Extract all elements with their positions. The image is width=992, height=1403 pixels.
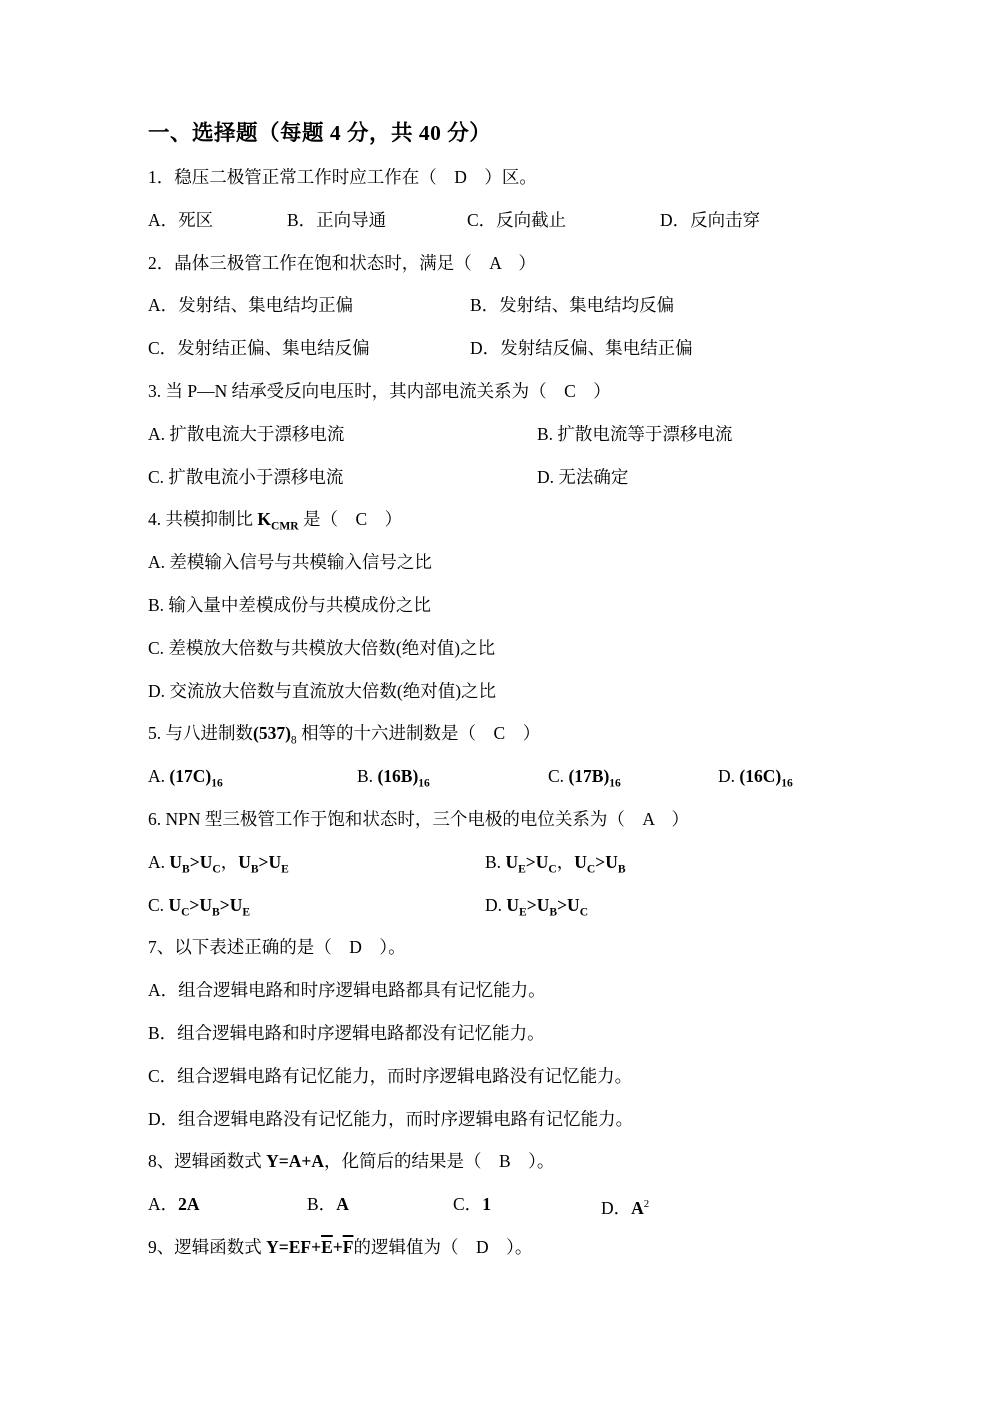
question-6: 6. NPN 型三极管工作于饱和状态时，三个电极的电位关系为（ A ）A. UB… [148,798,868,926]
question-3-option-D: D. 无法确定 [537,456,628,499]
question-7-option-C: C．组合逻辑电路有记忆能力，而时序逻辑电路没有记忆能力。 [148,1055,632,1098]
question-9: 9、逻辑函数式 Y=EF+E+F的逻辑值为（ D ）。 [148,1226,868,1269]
question-1-options-row-1: A．死区B．正向导通C．反向截止D．反向击穿 [148,199,868,242]
text-segment: D． [601,1198,631,1218]
text-segment: D. 无法确定 [537,467,628,487]
text-segment: E [519,906,527,918]
question-9-stem: 9、逻辑函数式 Y=EF+E+F的逻辑值为（ D ）。 [148,1226,868,1269]
text-segment: A． [148,1194,178,1214]
text-segment: B. 输入量中差模成份与共模成份之比 [148,595,431,615]
question-4-options-row-1: A. 差模输入信号与共模输入信号之比 [148,541,868,584]
question-8-option-B: B．A [307,1183,453,1226]
text-segment: (17C) [169,766,211,786]
text-segment: 4. 共模抑制比 [148,509,257,529]
text-segment: K [257,509,271,529]
text-segment: A．死区 [148,210,213,230]
question-8-options-row-1: A．2AB．AC．1D．A2 [148,1183,868,1226]
text-segment: C [212,863,220,875]
text-segment: B [618,863,626,875]
text-segment: > [595,852,605,872]
question-3-options-row-1: A. 扩散电流大于漂移电流B. 扩散电流等于漂移电流 [148,413,868,456]
question-5-options-row-1: A. (17C)16B. (16B)16C. (17B)16D. (16C)16 [148,755,868,798]
text-segment: A．发射结、集电结均正偏 [148,295,353,315]
question-2-option-B: B．发射结、集电结均反偏 [470,284,674,327]
text-segment: U [200,852,213,872]
text-segment: Y=EF+ [266,1237,321,1257]
question-3: 3. 当 P—N 结承受反向电压时，其内部电流关系为（ C ）A. 扩散电流大于… [148,370,868,498]
text-segment: C [587,863,595,875]
text-segment: U [238,852,251,872]
text-segment: C．发射结正偏、集电结反偏 [148,338,370,358]
question-1-option-C: C．反向截止 [467,199,660,242]
text-segment: + [333,1237,343,1257]
question-7-options-row-4: D．组合逻辑电路没有记忆能力，而时序逻辑电路有记忆能力。 [148,1098,868,1141]
question-2-option-C: C．发射结正偏、集电结反偏 [148,327,470,370]
text-segment: 相等的十六进制数是（ C ） [297,723,541,743]
question-5-stem: 5. 与八进制数(537)8 相等的十六进制数是（ C ） [148,712,868,755]
question-1-option-A: A．死区 [148,199,287,242]
text-segment: U [505,852,518,872]
text-segment: F [343,1237,354,1257]
text-segment: > [190,852,200,872]
question-4-option-A: A. 差模输入信号与共模输入信号之比 [148,541,432,584]
text-segment: 1．稳压二极管正常工作时应工作在（ D ）区。 [148,167,537,187]
question-6-options-row-2: C. UC>UB>UED. UE>UB>UC [148,884,868,927]
text-segment: 5. 与八进制数 [148,723,253,743]
text-segment: B．发射结、集电结均反偏 [470,295,674,315]
text-segment: (16B) [377,766,418,786]
text-segment: U [506,895,519,915]
question-2: 2．晶体三极管工作在饱和状态时，满足（ A ）A．发射结、集电结均正偏B．发射结… [148,242,868,370]
text-segment: (17B) [568,766,609,786]
text-segment: A. 扩散电流大于漂移电流 [148,424,344,444]
text-segment: A. 差模输入信号与共模输入信号之比 [148,552,432,572]
text-segment: (16C) [739,766,781,786]
text-segment: C. 扩散电流小于漂移电流 [148,467,343,487]
text-segment: B．组合逻辑电路和时序逻辑电路都没有记忆能力。 [148,1023,545,1043]
question-7-options-row-1: A．组合逻辑电路和时序逻辑电路都具有记忆能力。 [148,969,868,1012]
text-segment: 2 [644,1198,649,1210]
text-segment: U [536,852,549,872]
text-segment: C．反向截止 [467,210,566,230]
text-segment: > [557,895,567,915]
question-1: 1．稳压二极管正常工作时应工作在（ D ）区。A．死区B．正向导通C．反向截止D… [148,156,868,242]
text-segment: 是（ C ） [299,509,403,529]
question-7-option-D: D．组合逻辑电路没有记忆能力，而时序逻辑电路有记忆能力。 [148,1098,633,1141]
question-5: 5. 与八进制数(537)8 相等的十六进制数是（ C ）A. (17C)16B… [148,712,868,798]
text-segment: C．组合逻辑电路有记忆能力，而时序逻辑电路没有记忆能力。 [148,1066,632,1086]
text-segment: > [189,895,199,915]
text-segment: 7、以下表述正确的是（ D ）。 [148,937,406,957]
question-3-option-A: A. 扩散电流大于漂移电流 [148,413,537,456]
text-segment: B [549,906,557,918]
question-1-stem: 1．稳压二极管正常工作时应工作在（ D ）区。 [148,156,868,199]
text-segment: 1 [482,1194,491,1214]
text-segment: B [212,906,220,918]
text-segment: B. [357,766,377,786]
text-segment: E [281,863,289,875]
text-segment: U [230,895,243,915]
text-segment: 的逻辑值为（ D ）。 [353,1237,532,1257]
text-segment: U [169,852,182,872]
text-segment: A [336,1194,349,1214]
question-4-options-row-2: B. 输入量中差模成份与共模成份之比 [148,584,868,627]
text-segment: B [182,863,190,875]
question-8: 8、逻辑函数式 Y=A+A，化简后的结果是（ B ）。A．2AB．AC．1D．A… [148,1140,868,1226]
question-2-option-D: D．发射结反偏、集电结正偏 [470,327,693,370]
text-segment: C． [453,1194,482,1214]
text-segment: 16 [609,778,621,790]
question-3-options-row-2: C. 扩散电流小于漂移电流D. 无法确定 [148,456,868,499]
text-segment: D. [485,895,506,915]
text-segment: A. [148,766,169,786]
question-7-option-B: B．组合逻辑电路和时序逻辑电路都没有记忆能力。 [148,1012,545,1055]
question-4: 4. 共模抑制比 KCMR 是（ C ）A. 差模输入信号与共模输入信号之比B.… [148,498,868,712]
text-segment: 8、逻辑函数式 [148,1151,266,1171]
question-2-options-row-2: C．发射结正偏、集电结反偏D．发射结反偏、集电结正偏 [148,327,868,370]
question-2-options-row-1: A．发射结、集电结均正偏B．发射结、集电结均反偏 [148,284,868,327]
question-3-option-B: B. 扩散电流等于漂移电流 [537,413,732,456]
question-7: 7、以下表述正确的是（ D ）。A．组合逻辑电路和时序逻辑电路都具有记忆能力。B… [148,926,868,1140]
text-segment: 6. NPN 型三极管工作于饱和状态时，三个电极的电位关系为（ A ） [148,809,689,829]
text-segment: A．组合逻辑电路和时序逻辑电路都具有记忆能力。 [148,980,546,1000]
text-segment: 2．晶体三极管工作在饱和状态时，满足（ A ） [148,253,536,273]
text-segment: 16 [781,778,793,790]
question-6-option-D: D. UE>UB>UC [485,884,588,934]
question-2-stem: 2．晶体三极管工作在饱和状态时，满足（ A ） [148,242,868,285]
text-segment: E [242,906,250,918]
text-segment: 3. 当 P—N 结承受反向电压时，其内部电流关系为（ C ） [148,381,611,401]
text-segment: 16 [418,778,430,790]
text-segment: 9、逻辑函数式 [148,1237,266,1257]
text-segment: U [567,895,580,915]
question-1-option-D: D．反向击穿 [660,199,760,242]
question-6-options-row-1: A. UB>UC，UB>UEB. UE>UC，UC>UB [148,841,868,884]
question-3-option-C: C. 扩散电流小于漂移电流 [148,456,537,499]
question-4-option-C: C. 差模放大倍数与共模放大倍数(绝对值)之比 [148,627,495,670]
text-segment: Y=A+A [266,1151,324,1171]
text-segment: D. [718,766,739,786]
text-segment: U [574,852,587,872]
text-segment: B．正向导通 [287,210,386,230]
question-5-option-D: D. (16C)16 [718,755,793,805]
text-segment: ， [221,852,239,872]
question-7-option-A: A．组合逻辑电路和时序逻辑电路都具有记忆能力。 [148,969,546,1012]
text-segment: 2A [178,1194,199,1214]
section-title: 一、选择题（每题 4 分，共 40 分） [148,116,491,147]
text-segment: D．反向击穿 [660,210,760,230]
text-segment: C. 差模放大倍数与共模放大倍数(绝对值)之比 [148,638,495,658]
text-segment: > [527,895,537,915]
question-8-option-C: C．1 [453,1183,601,1226]
text-segment: > [259,852,269,872]
question-8-stem: 8、逻辑函数式 Y=A+A，化简后的结果是（ B ）。 [148,1140,868,1183]
text-segment: E [321,1237,333,1257]
question-list: 1．稳压二极管正常工作时应工作在（ D ）区。A．死区B．正向导通C．反向截止D… [148,156,868,1269]
text-segment: U [269,852,282,872]
text-segment: B [251,863,259,875]
question-4-option-D: D. 交流放大倍数与直流放大倍数(绝对值)之比 [148,670,496,713]
text-segment: > [526,852,536,872]
text-segment: B. 扩散电流等于漂移电流 [537,424,732,444]
text-segment: A [631,1198,644,1218]
text-segment: D. 交流放大倍数与直流放大倍数(绝对值)之比 [148,681,496,701]
text-segment: U [199,895,212,915]
text-segment: A. [148,852,169,872]
question-7-options-row-2: B．组合逻辑电路和时序逻辑电路都没有记忆能力。 [148,1012,868,1055]
text-segment: (537) [253,723,291,743]
question-4-options-row-3: C. 差模放大倍数与共模放大倍数(绝对值)之比 [148,627,868,670]
text-segment: E [518,863,526,875]
text-segment: C. [548,766,568,786]
text-segment: U [537,895,550,915]
text-segment: C [548,863,556,875]
text-segment: D．组合逻辑电路没有记忆能力，而时序逻辑电路有记忆能力。 [148,1109,633,1129]
document-page: 一、选择题（每题 4 分，共 40 分） 1．稳压二极管正常工作时应工作在（ D… [0,0,992,1403]
text-segment: > [220,895,230,915]
text-segment: B． [307,1194,336,1214]
text-segment: C. [148,895,168,915]
question-8-option-A: A．2A [148,1183,307,1226]
question-4-option-B: B. 输入量中差模成份与共模成份之比 [148,584,431,627]
question-4-options-row-4: D. 交流放大倍数与直流放大倍数(绝对值)之比 [148,670,868,713]
text-segment: CMR [271,521,299,533]
text-segment: B. [485,852,505,872]
text-segment: ，化简后的结果是（ B ）。 [324,1151,554,1171]
text-segment: U [605,852,618,872]
question-1-option-B: B．正向导通 [287,199,467,242]
text-segment: C [580,906,588,918]
question-3-stem: 3. 当 P—N 结承受反向电压时，其内部电流关系为（ C ） [148,370,868,413]
question-2-option-A: A．发射结、集电结均正偏 [148,284,470,327]
text-segment: U [168,895,181,915]
text-segment: 16 [211,778,223,790]
question-4-stem: 4. 共模抑制比 KCMR 是（ C ） [148,498,868,541]
text-segment: ， [557,852,575,872]
question-8-option-D: D．A2 [601,1183,649,1230]
text-segment: D．发射结反偏、集电结正偏 [470,338,693,358]
question-7-options-row-3: C．组合逻辑电路有记忆能力，而时序逻辑电路没有记忆能力。 [148,1055,868,1098]
